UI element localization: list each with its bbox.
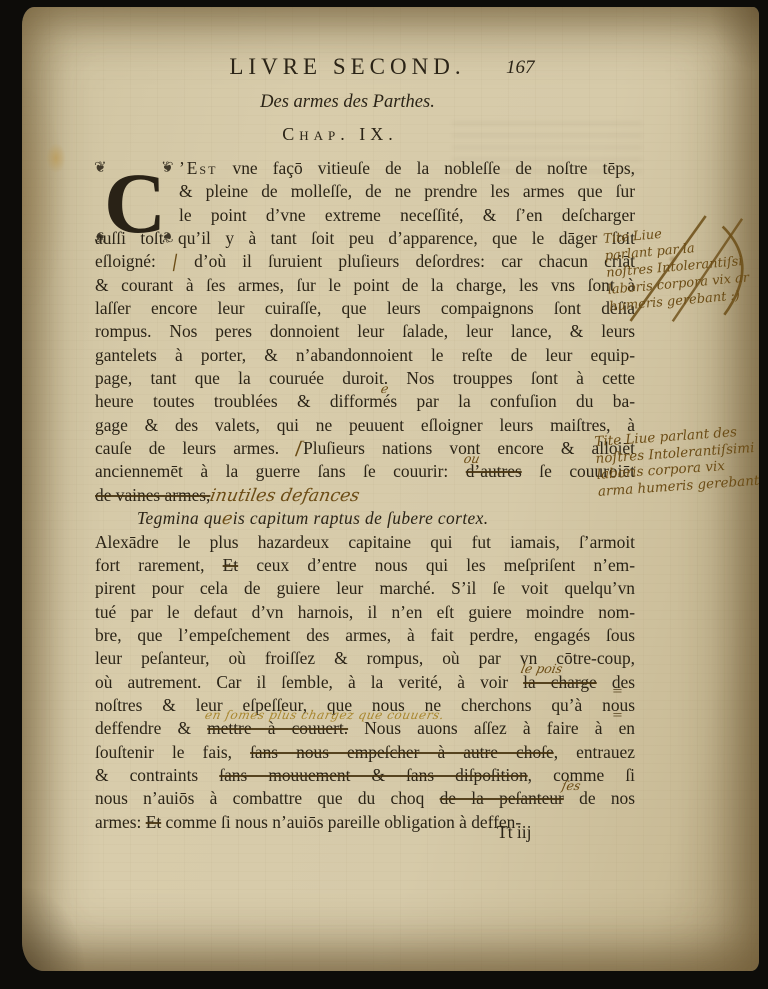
body-line: anciennemēt à la guerre ſans ſe couurir:… — [95, 460, 635, 483]
body-line: fort rarement, Et ceux d’entre nous qui … — [95, 554, 635, 577]
printed-text: & pleine de molleſſe, de ne prendre les … — [179, 181, 635, 201]
body-line: tué par le defaut d’vn harnois, il n’en … — [95, 601, 635, 624]
body-line: deffendre & en ſomes plus chargez que co… — [95, 717, 635, 740]
struck-text: de vaines armes, — [95, 485, 210, 505]
printed-text: ceux d’entre nous qui les meſpriſent n’e… — [238, 555, 635, 575]
printed-text: d’où il ſuruient pluſieurs deſordres: ca… — [178, 251, 635, 271]
printed-text: is capitum raptus de ſubere cortex. — [233, 508, 489, 528]
printed-text: armes: — [95, 812, 146, 832]
printed-text: ’Est — [179, 158, 217, 178]
struck-text: de la peſanteur — [440, 788, 564, 808]
margin-note-2: Tite Liue parlant desnoſtres Intoleranti… — [594, 422, 768, 500]
body-line: rompus. Nos peres donnoient leur ſalade,… — [95, 320, 635, 343]
handwritten-text: inutiles defances — [208, 485, 361, 508]
struck-text: ſans nous empeſcher à autre choſe — [250, 742, 554, 762]
paper-stain — [46, 143, 66, 173]
struck-text: ſans mouuement & ſans diſpoſition — [219, 765, 527, 785]
struck-text: Et — [146, 812, 161, 832]
body-line: armes: Et comme ſi nous n’auiōs pareille… — [95, 811, 635, 834]
printed-text: auſſi toſt qu’il y à tant ſoit peu d’app… — [95, 228, 635, 248]
printed-text: fort rarement, — [95, 555, 223, 575]
printed-text: ſouſtenir le fais, — [95, 742, 250, 762]
printed-text: Tegmina qu — [137, 508, 222, 528]
body-line: auſſi toſt qu’il y à tant ſoit peu d’app… — [95, 227, 635, 250]
body-line: Alexādre le plus hazardeux capitaine qui… — [95, 531, 635, 554]
printed-text: gage & des valets, qui ne peuuent eſloig… — [95, 415, 635, 435]
printed-text: deffendre & — [95, 718, 207, 738]
printed-text: cauſe de leurs armes. — [95, 438, 296, 458]
printed-text: laſſer encore leur cuiraſſe, que leurs c… — [95, 298, 635, 318]
margin-note-lines: Tite Liueparlant par lanoſtres Intoleran… — [603, 217, 768, 315]
chapter-heading: Chap. IX. — [95, 124, 585, 145]
body-line: nous n’auiōs à combattre que du choq de … — [95, 787, 635, 810]
handwritten-text: le pois — [519, 657, 565, 680]
chapter-title: Des armes des Parthes. — [95, 92, 600, 113]
body-line: heure toutes troublées & difformeés par … — [95, 390, 635, 413]
printed-text: nous n’auiōs à combattre que du choq — [95, 788, 440, 808]
printed-text: Alexādre le plus hazardeux capitaine qui… — [95, 532, 635, 552]
struck-text: Et — [223, 555, 238, 575]
margin-note-lines: Tite Liue parlant desnoſtres Intoleranti… — [594, 422, 768, 500]
printed-text: le point d’vne extreme neceſſité, & ſ’en… — [179, 205, 635, 225]
printed-text: gantelets à porter, & n’abandonnoient le… — [95, 345, 635, 365]
body-line: le point d’vne extreme neceſſité, & ſ’en… — [179, 204, 635, 227]
printed-text: comme ſi nous n’auiōs pareille obligatio… — [161, 812, 521, 832]
body-line: bre, que l’empeſchement des armes, à fai… — [95, 624, 635, 647]
margin-note-1: Tite Liueparlant par lanoſtres Intoleran… — [603, 217, 768, 315]
body-line: laſſer encore leur cuiraſſe, que leurs c… — [95, 297, 635, 320]
body-text: ’Est vne façō vitieuſe de la nobleſſe de… — [95, 157, 635, 834]
printed-text: tué par le defaut d’vn harnois, il n’en … — [95, 602, 635, 622]
printed-text: és par la confuſion du ba- — [383, 391, 635, 411]
signature-mark: Tt iij — [497, 822, 532, 843]
body-line: ſouſtenir le fais, ſans nous empeſcher à… — [95, 741, 635, 764]
body-line: cauſe de leurs armes. ⌈Pluſieurs nations… — [95, 437, 635, 460]
printed-text: , entrauez — [554, 742, 635, 762]
body-line: pirent pour cela de guiere leur marché. … — [95, 577, 635, 600]
body-line: & pleine de molleſſe, de ne prendre les … — [179, 180, 635, 203]
printed-text: anciennemēt à la guerre ſans ſe couurir: — [95, 461, 466, 481]
ink-mark: = — [612, 708, 623, 723]
body-line: & contraints ſans mouuement & ſans diſpo… — [95, 764, 635, 787]
printed-text: vne façō vitieuſe de la nobleſſe de noſt… — [217, 158, 635, 178]
printed-text: eſloigné: — [95, 251, 172, 271]
handwritten-text: en ſomes plus chargez que couuers. — [203, 704, 447, 727]
printed-text: & contraints — [95, 765, 219, 785]
ink-mark: = — [612, 684, 623, 699]
body-line: ’Est vne façō vitieuſe de la nobleſſe de… — [179, 157, 635, 180]
body-line: où autrement. Car il ſemble, à la verité… — [95, 671, 635, 694]
body-line: page, tant que la couruée duroit. Nos tr… — [95, 367, 635, 390]
printed-text: bre, que l’empeſchement des armes, à fai… — [95, 625, 635, 645]
printed-text: & courant à ſes armes, ſur le point de l… — [95, 275, 635, 295]
body-line: gantelets à porter, & n’abandonnoient le… — [95, 344, 635, 367]
body-line: Tegmina queis capitum raptus de ſubere c… — [137, 507, 635, 530]
body-line: de vaines armes, inutiles defances — [95, 484, 635, 507]
page-number: 167 — [506, 57, 535, 79]
scanned-book-page: { "colors":{"frame":"#0d0c09","paper":"#… — [0, 0, 768, 989]
printed-text: page, tant que la couruée duroit. Nos tr… — [95, 368, 635, 388]
body-line: & courant à ſes armes, ſur le point de l… — [95, 274, 635, 297]
body-line: gage & des valets, qui ne peuuent eſloig… — [95, 414, 635, 437]
body-line: eſloigné: | d’où il ſuruient pluſieurs d… — [95, 250, 635, 273]
printed-text: pirent pour cela de guiere leur marché. … — [95, 578, 635, 598]
printed-text: heure toutes troublées & difform — [95, 391, 383, 411]
printed-text: où autrement. Car il ſemble, à la verité… — [95, 672, 523, 692]
printed-text: rompus. Nos peres donnoient leur ſalade,… — [95, 321, 635, 341]
